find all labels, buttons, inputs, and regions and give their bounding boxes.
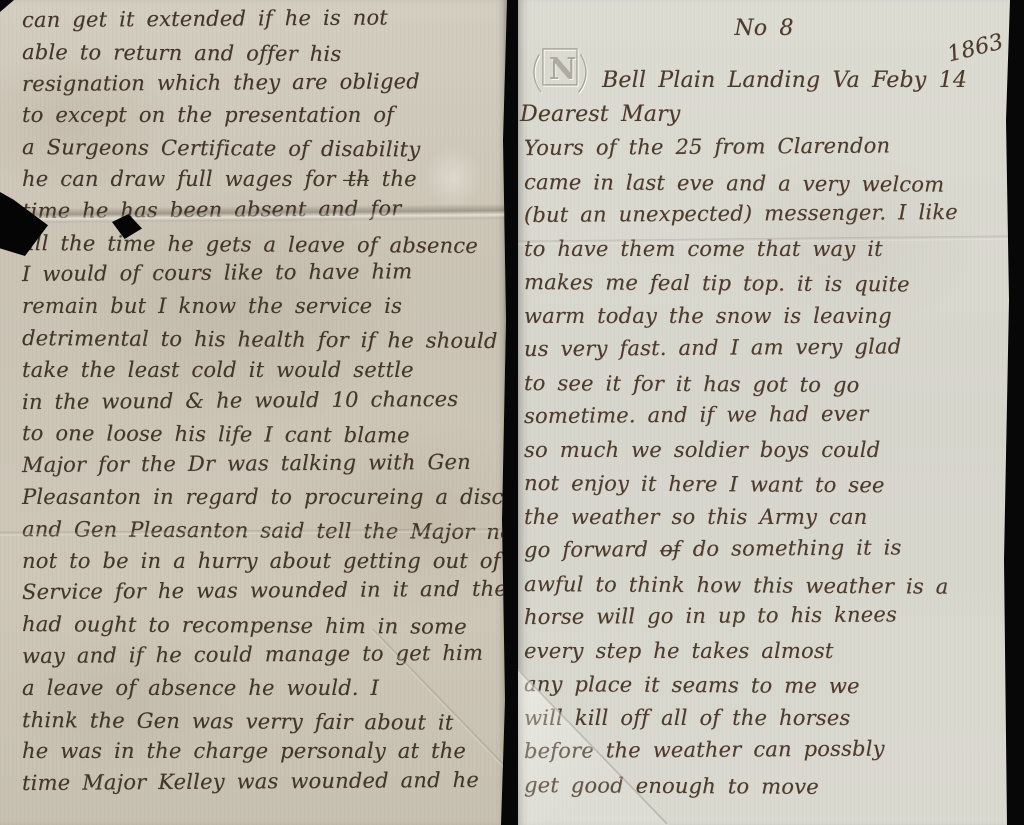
letter-number: No 8 xyxy=(518,16,1010,41)
monogram-letter: N xyxy=(549,52,576,87)
letter-line: take the least cold it would settle xyxy=(22,358,503,390)
letter-dateline: Bell Plain Landing Va Feby 14 xyxy=(602,68,967,93)
embossed-monogram-stamp: N N xyxy=(528,40,592,104)
letter-line: he can draw full wages for t̶h̶ the xyxy=(22,167,503,199)
letter-line: way and if he could manage to get him xyxy=(22,641,503,676)
letter-line: resignation which they are obliged xyxy=(22,68,503,103)
letter-line: warm today the snow is leaving xyxy=(524,304,1008,338)
letter-line: not enjoy it here I want to see xyxy=(524,471,1008,507)
letter-line: think the Gen was verry fair about it xyxy=(22,708,503,743)
letter-line: sometime. and if we had ever xyxy=(524,401,1008,438)
letter-line: so much we soldier boys could xyxy=(524,438,1008,472)
letter-line: time Major Kelley was wounded and he xyxy=(22,768,503,803)
letter-line: detrimental to his health for if he shou… xyxy=(22,326,503,361)
letter-line: not to be in a hurry about getting out o… xyxy=(22,549,503,581)
letter-line: makes me feal tip top. it is quite xyxy=(524,270,1008,306)
letter-page-right: N N No 8 1863 Bell Plain Landing Va Feby… xyxy=(518,0,1010,825)
letter-line: horse will go in up to his knees xyxy=(524,602,1008,639)
letter-line: he was in the charge personaly at the xyxy=(22,739,503,771)
letter-line: to except on the presentation of xyxy=(22,103,503,135)
letter-line: Pleasanton in regard to procureing a dis… xyxy=(22,485,503,517)
letter-line: can get it extended if he is not xyxy=(22,5,503,40)
letter-line: in the wound & he would 10 chances xyxy=(22,386,503,421)
letter-line: a Surgeons Certificate of disability xyxy=(22,135,503,170)
letter-line: every step he takes almost xyxy=(524,639,1008,673)
letter-line: I would of cours like to have him xyxy=(22,259,503,294)
letter-salutation: Dearest Mary xyxy=(520,102,680,127)
letter-line: any place it seams to me we xyxy=(524,672,1008,708)
letter-line: will kill off all of the horses xyxy=(524,706,1008,740)
letter-line: Service for he was wounded in it and the… xyxy=(22,577,503,612)
letter-page-left: can get it extended if he is notable to … xyxy=(0,0,507,825)
left-page-lines: can get it extended if he is notable to … xyxy=(22,8,503,803)
letter-scan: can get it extended if he is notable to … xyxy=(0,0,1024,825)
letter-line: us very fast. and I am very glad xyxy=(524,334,1008,371)
letter-line: the weather so this Army can xyxy=(524,505,1008,539)
letter-line: Major for the Dr was talking with Gen xyxy=(22,450,503,485)
letter-line: Yours of the 25 from Clarendon xyxy=(524,133,1008,170)
letter-line: remain but I know the service is xyxy=(22,294,503,326)
letter-line: (but an unexpected) messenger. I like xyxy=(524,200,1008,237)
letter-line: go forward o̶f̶ do something it is xyxy=(524,535,1008,572)
